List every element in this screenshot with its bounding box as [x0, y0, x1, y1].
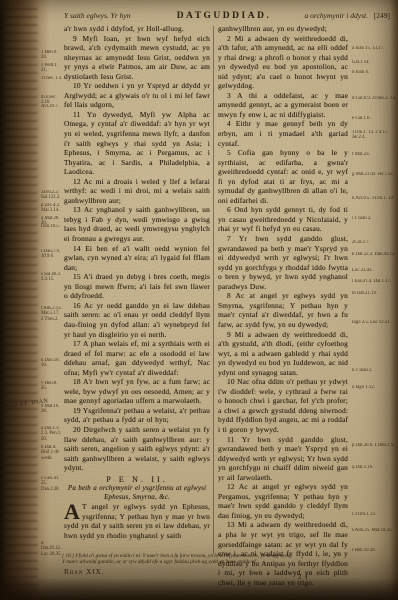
verse-paragraph: a'r hwn sydd i ddyfod, yr Holl-alluog. [64, 24, 210, 34]
text-column-right: ganhwyllbren aur, yn eu dywedyd;2 Mi a a… [218, 24, 348, 587]
header-left-title: Y saith eglwys. Yr hyn [64, 11, 130, 20]
verse-paragraph: ganhwyllbren aur, yn eu dywedyd; [218, 24, 348, 34]
verse-paragraph: 10 Yr oeddwn i yn yr Yspryd ar ddydd yr … [64, 81, 210, 110]
chapter-argument: Pa beth a orchymynir ei ysgrifennu at eg… [64, 484, 210, 502]
chapter-heading: P E N. II. [64, 475, 210, 485]
verse-paragraph: 11 Yn dywedyd, Myfi yw Alpha ac Omega, y… [64, 110, 210, 177]
verse-paragraph: 7 Yr hwn sydd ganddo glust, gwrandawed p… [218, 234, 348, 291]
margin-reference: k Dat.22.2. Dan.43.12. [352, 252, 396, 257]
verse-paragraph: 15 A'i draed yn debyg i bres coeth, megi… [64, 272, 210, 301]
verse-paragraph: 8 Ac at angel yr eglwys sydd yn Smyrna, … [218, 291, 348, 329]
margin-reference: 2Esd.2.2. Sal.122.2. [41, 190, 63, 201]
margin-reference: y Heb.8. 45. [41, 381, 63, 392]
verse-paragraph: 14 Ei ben ef a'i wallt oedd wynion fel g… [64, 244, 210, 273]
margin-reference: i 1 Ioan 2. [352, 216, 396, 221]
margin-reference: p Dat.20.6. 1Thes.1.9. [352, 443, 396, 448]
verse-paragraph: 20 Dirgelwch y saith seren a welaist yn … [64, 425, 210, 473]
margin-reference: e Gal.1.6. [352, 116, 396, 121]
margin-reference: u Dan.10. 10. [41, 358, 63, 369]
drop-cap: A [64, 502, 82, 521]
margin-reference: n 1 Ioan 2. [352, 368, 396, 373]
right-margin-references: a Ioan 15. 13,17.Gal.1.14.b Ioan 4.d Gal… [352, 0, 396, 600]
margin-reference: Luc 23.43. [352, 268, 396, 273]
left-margin-references: 1 Heb.9. 24.2 Pedr.1. 21.1Thes. 1.3.m Ex… [41, 0, 63, 600]
margin-reference: h Act.6.5. 1Tim.1. 19. [352, 196, 396, 201]
printed-page: Y saith eglwys. Yr hyn DATGUDDIAD. a orc… [40, 0, 398, 600]
verse-paragraph: 9 Myfi Ioan, yr hwn wyf hefyd eich brawd… [64, 34, 210, 82]
margin-reference: r 2Tim.1.13. [352, 512, 396, 517]
margin-reference: b Ioan 4. [352, 70, 396, 75]
margin-reference: 2 Pedr.1. 21. [41, 63, 63, 74]
margin-reference: l Esa.41.4. Dat.1.17. [352, 279, 396, 284]
margin-reference: Act.20.7. [41, 104, 63, 109]
margin-reference: b Dat.4. Rhif y dl- wedd. [41, 445, 63, 461]
verse-paragraph: 13 Ac ynghanol y saith ganhwyllbren, un … [64, 205, 210, 243]
margin-reference: d Dat.20.12. Luc 20.35. [41, 541, 63, 557]
margin-reference: 1 Heb.9. 24. [41, 50, 63, 61]
margin-reference: x Mat.16. 28. [41, 404, 63, 415]
margin-reference: a Ioan 15. 13,17. [352, 46, 396, 51]
verse-paragraph: 6 Ond hyn sydd gennyt ti, dy fod ti yn c… [218, 205, 348, 234]
margin-reference: s Sal.46.3. 2.3.15. [41, 272, 63, 283]
section-reference: Rhan XIX. [64, 568, 104, 576]
margin-reference: g Mat.21.43. Jer.7.12. [352, 172, 396, 177]
verse-paragraph: 4 Eithr y mae gennyf beth yn dy erbyn, a… [218, 119, 348, 148]
verse-paragraph: 2 Mi a adwaen dy weithredoedd di, a'th l… [218, 34, 348, 91]
margin-reference: s Adn.25. Mat.10.32. [352, 528, 396, 533]
margin-reference: q Dat.1.16. [352, 465, 396, 470]
margin-reference: Gal.1.14. [352, 60, 396, 65]
verse-paragraph: 12 Ac mi a droais i weled y llef a lefar… [64, 177, 210, 206]
margin-reference: r Dan.7.9. 10.9.6. [41, 249, 63, 260]
margin-reference: o Iago 1.12. [352, 385, 396, 390]
verse-paragraph: AT angel yr eglwys sydd yn Ephesus, ysgr… [64, 502, 210, 540]
verse-paragraph: 5 Cofia gan hynny o ba le y syrthiaist, … [218, 148, 348, 205]
spine-blurred-text-lines [4, 8, 38, 592]
margin-reference: d Gal.6.9. 2Thes.3. 13. [352, 96, 396, 101]
margin-reference: m Dat.21.19. [352, 291, 396, 296]
margin-reference: t Ads.2.12. Mat.5.17. 2 Thes.2. [41, 306, 63, 322]
verse-paragraph: 3 A thi a oddefaist, ac y mae amynedd ge… [218, 91, 348, 120]
footnote-line: Y mae'r allwedd ganddo, ac ar ryw ddydd … [62, 559, 384, 565]
margin-reference: Dan.10.5. [41, 224, 63, 229]
verse-paragraph: 11 Yr hwn sydd ganddo glust, gwrandawed … [218, 435, 348, 483]
running-header: Y saith eglwys. Yr hyn DATGUDDIAD. a orc… [58, 11, 390, 23]
verse-paragraph: 16 Ac yr oedd ganddo yn ei law ddehau sa… [64, 301, 210, 339]
verse-paragraph: 9 Mi a adwaen dy weithredoedd di, a'th g… [218, 330, 348, 378]
printer-signature-mark: 2 I [298, 573, 309, 581]
margin-reference: c Gen.41. 25. Dan.2.38. [41, 476, 63, 492]
margin-reference: 1Thes. 1.3. [41, 76, 63, 81]
text-column-left: a'r hwn sydd i ddyfod, yr Holl-alluog.9 … [64, 24, 210, 540]
margin-reference: p Zec.4.2. Mal.3.14. [41, 203, 63, 214]
margin-reference: Iago 2.5. Luc 12.21. [352, 320, 396, 325]
verse-paragraph: 19 Ysgrifenna'r pethau a welaist, a'r pe… [64, 406, 210, 425]
margin-reference: 2Cor.2.7. [352, 240, 396, 245]
verse-paragraph: 17 A phan welais ef, mi a syrthiais wrth… [64, 339, 210, 377]
verse-paragraph: 18 A'r hwn wyf yn fyw, ac a fum farw; ac… [64, 377, 210, 406]
margin-reference: 1Tim.1. 13. 2 4.17. Jer.2.4. [352, 130, 396, 141]
verse-paragraph: 12 Ac at angel yr eglwys sydd yn Pergamu… [218, 482, 348, 520]
margin-reference: f Mat.23. [352, 152, 396, 157]
column-divider-rule [213, 26, 214, 554]
footnote-block: [ 18.] Ffydd a'i gwna ef yn eiddo i ni. … [62, 553, 384, 566]
margin-reference: a Dat.1.3. 2 3. Pen.1. 20. [41, 426, 63, 442]
verse-paragraph: 10 Nac ofna ddim o'r pethau yr ydwyt i'w… [218, 377, 348, 434]
book-photo: DIAD ST. IOAN Y saith eglwys. Yr hyn DAT… [0, 0, 398, 600]
header-book-title: DATGUDDIAD. [177, 11, 272, 21]
